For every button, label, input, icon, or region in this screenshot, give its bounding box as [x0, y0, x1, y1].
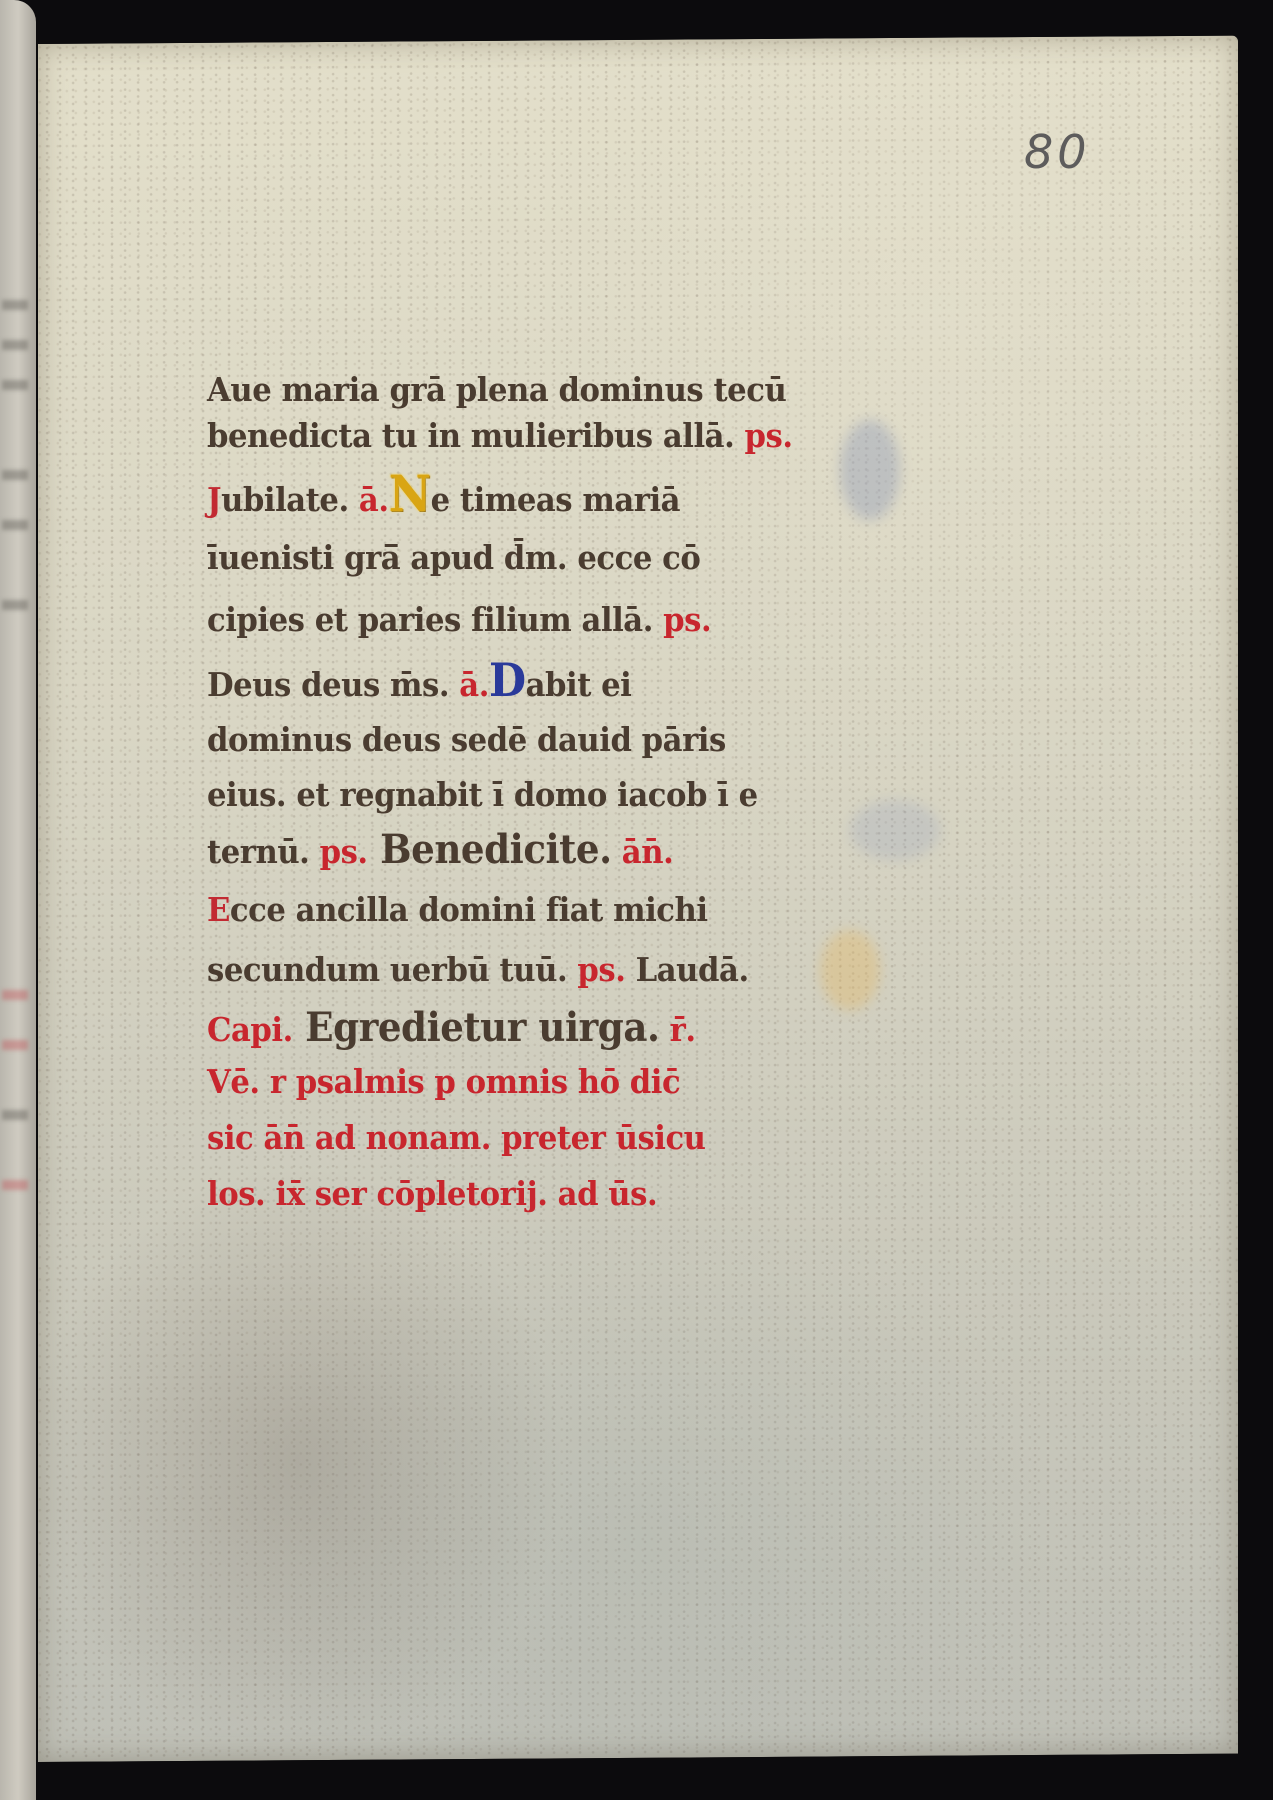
red-touched-initial: J [207, 480, 221, 519]
previous-leaf-edge [0, 0, 36, 1800]
text-line: los. ix̄ ser cōpletorij. ad ūs. [207, 1174, 657, 1214]
gold-initial: N [389, 464, 431, 523]
red-touched-initial: E [207, 890, 230, 929]
bleed-rubric-mark [2, 990, 28, 1000]
bleed-text-mark [2, 340, 28, 350]
text-segment: cipies et paries filium allā. [207, 600, 653, 639]
text-line: Deus deus m̄s. ā.Dabit ei [207, 660, 631, 705]
text-segment: Aue maria grā plena dominus tecū [207, 370, 786, 409]
blue-show-through-stain [850, 800, 940, 860]
text-line: benedicta tu in mulieribus allā. ps. [207, 416, 793, 456]
rubric-text: los. ix̄ ser cōpletorij. ad ūs. [207, 1174, 657, 1213]
text-line: Ecce ancilla domini fiat michi [207, 890, 708, 930]
folio-number: 80 [1024, 125, 1091, 179]
rubric-text: ā. [449, 665, 489, 704]
text-line: Capi. Egredietur uirga. r̄. [207, 1008, 696, 1050]
text-line: secundum uerbū tuū. ps. Laudā. [207, 950, 749, 990]
text-segment: Deus deus m̄s. [207, 665, 449, 704]
text-segment: ubilate. [221, 480, 349, 519]
text-segment: īuenisti grā̄ apud d̄m. ecce cō [207, 538, 700, 577]
rubric-text: ps. [653, 600, 711, 639]
text-line: dominus deus sedē dauid pāris [207, 720, 726, 760]
rubric-text: Vē. r psalmis p omnis hō dic̄ [207, 1062, 680, 1101]
rubric-text: ps. [309, 832, 367, 871]
text-line: ternū. ps. Benedicite. ān̄. [207, 830, 673, 872]
text-line: eius. et regnabit ī domo iacob ī e [207, 775, 758, 815]
text-segment: Egredietur uirga. [293, 1004, 660, 1051]
text-segment: cce ancilla domini fiat michi [230, 890, 708, 929]
text-segment: dominus deus sedē dauid pāris [207, 720, 726, 759]
text-segment: e timeas mariā [431, 480, 680, 519]
bleed-rubric-mark [2, 1040, 28, 1050]
text-segment: abit ei [526, 665, 632, 704]
text-line: īuenisti grā̄ apud d̄m. ecce cō [207, 538, 700, 578]
gold-show-through-stain [820, 930, 880, 1010]
bleed-text-mark [2, 1110, 28, 1120]
text-segment: Laudā. [625, 950, 748, 989]
rubric-text: sic ān̄ ad nonam. preter ūsicu [207, 1118, 706, 1157]
rubric-text: Capi. [207, 1010, 293, 1049]
rubric-text: ps. [567, 950, 625, 989]
text-line: sic ān̄ ad nonam. preter ūsicu [207, 1118, 706, 1158]
text-line: Aue maria grā plena dominus tecū [207, 370, 786, 410]
text-segment: benedicta tu in mulieribus allā. [207, 416, 734, 455]
bleed-text-mark [2, 520, 28, 530]
bleed-text-mark [2, 380, 28, 390]
text-segment: secundum uerbū tuū. [207, 950, 567, 989]
bleed-text-mark [2, 300, 28, 310]
text-line: Vē. r psalmis p omnis hō dic̄ [207, 1062, 680, 1102]
rubric-text: ā. [349, 480, 389, 519]
bleed-rubric-mark [2, 1180, 28, 1190]
rubric-text: r̄. [659, 1010, 695, 1049]
rubric-text: ān̄. [612, 832, 674, 871]
text-segment: Benedicite. [368, 826, 612, 873]
text-line: cipies et paries filium allā. ps. [207, 600, 711, 640]
blue-initial: D [489, 653, 526, 707]
rubric-text: ps. [734, 416, 792, 455]
bleed-text-mark [2, 470, 28, 480]
blue-show-through-stain [840, 420, 900, 520]
text-segment: eius. et regnabit ī domo iacob ī e [207, 775, 758, 814]
text-segment: ternū. [207, 832, 309, 871]
text-line: Jubilate. ā.Ne timeas mariā [207, 474, 680, 520]
bleed-text-mark [2, 600, 28, 610]
